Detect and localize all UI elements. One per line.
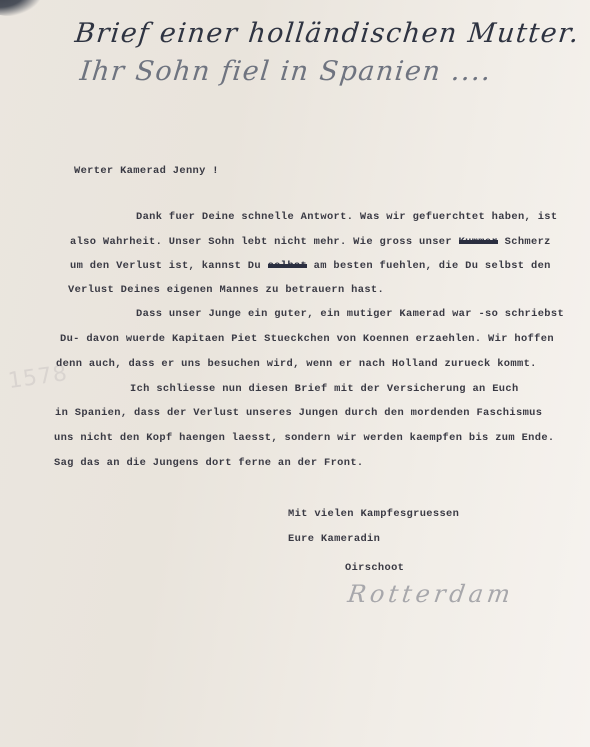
body-line: um den Verlust ist, kannst Du selbst am … [70, 260, 551, 272]
photo-corner-shadow [0, 0, 40, 16]
body-line: denn auch, dass er uns besuchen wird, we… [56, 358, 537, 370]
body-line-text: um den Verlust ist, kannst Du [70, 260, 268, 272]
salutation: Werter Kamerad Jenny ! [74, 165, 219, 177]
signoff-line: Eure Kameradin [288, 533, 380, 545]
body-line: Du- davon wuerde Kapitaen Piet Stueckche… [60, 333, 554, 345]
body-line: Dass unser Junge ein guter, ein mutiger … [136, 308, 564, 320]
closing-line: Mit vielen Kampfesgruessen [288, 508, 459, 520]
body-line: Dank fuer Deine schnelle Antwort. Was wi… [136, 211, 557, 223]
body-line: Verlust Deines eigenen Mannes zu betraue… [68, 284, 384, 296]
body-line: Sag das an die Jungens dort ferne an der… [54, 457, 364, 469]
body-line: Ich schliesse nun diesen Brief mit der V… [130, 383, 519, 395]
handwritten-place: Rotterdam [346, 580, 516, 608]
sender-name: Oirschoot [345, 562, 404, 574]
body-line-tail: am besten fuehlen, die Du selbst den [307, 260, 551, 272]
struck-word: Kummer [459, 236, 499, 248]
body-line: uns nicht den Kopf haengen laesst, sonde… [54, 432, 555, 444]
handwritten-heading-line1: Brief einer holländischen Mutter. [73, 18, 581, 49]
struck-word: selbst [268, 260, 308, 272]
document-page: Brief einer holländischen Mutter. Ihr So… [0, 0, 590, 747]
handwritten-heading-line2: Ihr Sohn fiel in Spanien .... [78, 56, 493, 87]
body-line: also Wahrheit. Unser Sohn lebt nicht meh… [70, 236, 551, 248]
body-line: in Spanien, dass der Verlust unseres Jun… [55, 407, 542, 419]
body-line-tail: Schmerz [498, 236, 551, 248]
body-line-text: also Wahrheit. Unser Sohn lebt nicht meh… [70, 236, 459, 248]
